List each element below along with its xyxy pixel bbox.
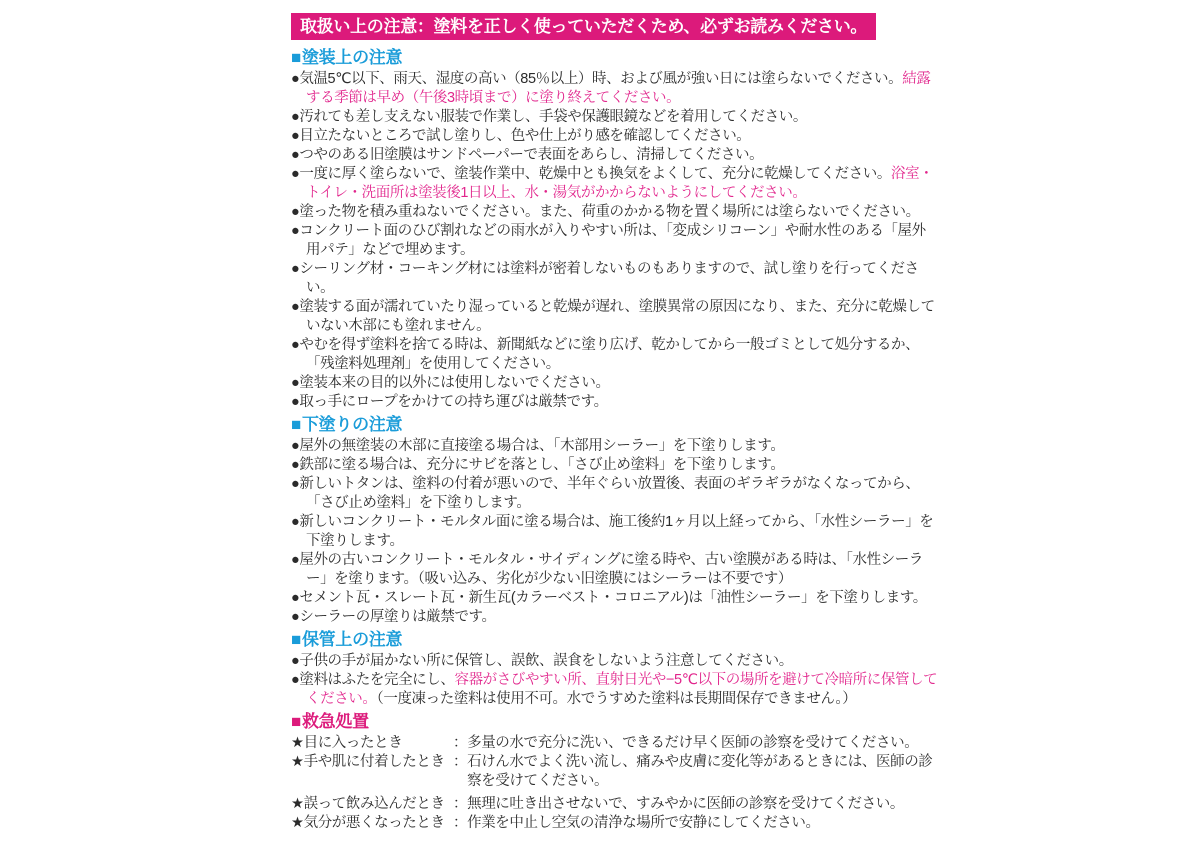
- first-aid-row: ★手や肌に付着したとき ： 石けん水でよく洗い流し、痛みや皮膚に変化等があるとき…: [291, 753, 939, 791]
- bullet-text: 子供の手が届かない所に保管し、誤飲、誤食をしないよう注意してください。: [299, 653, 793, 669]
- bullet-text: 取っ手にロープをかけての持ち運びは厳禁です。: [299, 394, 607, 410]
- list-item: ●塗装本来の目的以外には使用しないでください。: [291, 374, 939, 393]
- list-item: ●気温5℃以下、雨天、湿度の高い（85％以上）時、および風が強い日には塗らないで…: [291, 70, 939, 108]
- colon-separator: ：: [453, 734, 467, 753]
- section-square-icon: ■: [291, 415, 301, 434]
- undercoat-notes-list: ●屋外の無塗装の木部に直接塗る場合は、「木部用シーラー」を下塗りします。 ●鉄部…: [291, 437, 939, 627]
- bullet-text: 塗装本来の目的以外には使用しないでください。: [299, 375, 609, 391]
- list-item: ●塗装する面が濡れていたり湿っていると乾燥が遅れ、塗膜異常の原因になり、また、充…: [291, 298, 939, 336]
- list-item: ●やむを得ず塗料を捨てる時は、新聞紙などに塗り広げ、乾かしてから一般ゴミとして処…: [291, 336, 939, 374]
- list-item: ●鉄部に塗る場合は、充分にサビを落とし、「さび止め塗料」を下塗りします。: [291, 456, 939, 475]
- first-aid-label-text: 目に入ったとき: [304, 735, 403, 751]
- list-item: ●塗った物を積み重ねないでください。また、荷重のかかる物を置く場所には塗らないで…: [291, 203, 939, 222]
- bullet-text: （一度凍った塗料は使用不可。水でうすめた塗料は長期間保存できません。）: [377, 691, 857, 707]
- list-item: ●つやのある旧塗膜はサンドペーパーで表面をあらし、清掃してください。: [291, 146, 939, 165]
- bullet-text: 一度に厚く塗らないで、塗装作業中、乾燥中とも換気をよくして、充分に乾燥してくださ…: [299, 166, 891, 182]
- section-square-icon: ■: [291, 48, 301, 67]
- bullet-text: 汚れても差し支えない服装で作業し、手袋や保護眼鏡などを着用してください。: [299, 109, 807, 125]
- bullet-text: 目立たないところで試し塗りし、色や仕上がり感を確認してください。: [299, 128, 750, 144]
- first-aid-label: ★気分が悪くなったとき: [291, 814, 453, 833]
- star-icon: ★: [291, 754, 304, 770]
- list-item: ●屋外の古いコンクリート・モルタル・サイディングに塗る時や、古い塗膜がある時は、…: [291, 551, 939, 589]
- section-title-storage: ■保管上の注意: [291, 630, 939, 650]
- bullet-text: 塗った物を積み重ねないでください。また、荷重のかかる物を置く場所には塗らないでく…: [299, 204, 919, 220]
- list-item: ●一度に厚く塗らないで、塗装作業中、乾燥中とも換気をよくして、充分に乾燥してくだ…: [291, 165, 939, 203]
- bullet-text: シーリング材・コーキング材には塗料が密着しないものもありますので、試し塗りを行っ…: [299, 261, 918, 296]
- first-aid-desc: 作業を中止し空気の清浄な場所で安静にしてください。: [467, 814, 939, 833]
- list-item: ●汚れても差し支えない服装で作業し、手袋や保護眼鏡などを着用してください。: [291, 108, 939, 127]
- list-item: ●シーリング材・コーキング材には塗料が密着しないものもありますので、試し塗りを行…: [291, 260, 939, 298]
- warning-banner: 取扱い上の注意：塗料を正しく使っていただくため、必ずお読みください。: [291, 13, 876, 40]
- colon-separator: ：: [453, 795, 467, 814]
- content-column: 取扱い上の注意：塗料を正しく使っていただくため、必ずお読みください。 ■塗装上の…: [291, 13, 939, 833]
- section-title-undercoat: ■下塗りの注意: [291, 415, 939, 435]
- section-title-first-aid: ■救急処置: [291, 712, 939, 732]
- bullet-text: 屋外の古いコンクリート・モルタル・サイディングに塗る時や、古い塗膜がある時は、「…: [299, 552, 923, 587]
- section-title-text: 保管上の注意: [302, 630, 402, 649]
- first-aid-label: ★手や肌に付着したとき: [291, 753, 453, 791]
- storage-notes-list: ●子供の手が届かない所に保管し、誤飲、誤食をしないよう注意してください。 ●塗料…: [291, 652, 939, 709]
- first-aid-desc: 無理に吐き出させないで、すみやかに医師の診察を受けてください。: [467, 795, 939, 814]
- section-square-icon: ■: [291, 630, 301, 649]
- first-aid-row: ★気分が悪くなったとき ： 作業を中止し空気の清浄な場所で安静にしてください。: [291, 814, 939, 833]
- bullet-text: やむを得ず塗料を捨てる時は、新聞紙などに塗り広げ、乾かしてから一般ゴミとして処分…: [299, 337, 919, 372]
- first-aid-rows: ★目に入ったとき ： 多量の水で充分に洗い、できるだけ早く医師の診察を受けてくだ…: [291, 734, 939, 833]
- first-aid-row: ★誤って飲み込んだとき ： 無理に吐き出させないで、すみやかに医師の診察を受けて…: [291, 795, 939, 814]
- bullet-text: 新しいトタンは、塗料の付着が悪いので、半年ぐらい放置後、表面のギラギラがなくなっ…: [299, 476, 919, 511]
- list-item: ●子供の手が届かない所に保管し、誤飲、誤食をしないよう注意してください。: [291, 652, 939, 671]
- list-item: ●コンクリート面のひび割れなどの雨水が入りやすい所は、「変成シリコーン」や耐水性…: [291, 222, 939, 260]
- star-icon: ★: [291, 815, 304, 831]
- star-icon: ★: [291, 796, 304, 812]
- bullet-text: シーラーの厚塗りは厳禁です。: [299, 609, 495, 625]
- first-aid-desc: 多量の水で充分に洗い、できるだけ早く医師の診察を受けてください。: [467, 734, 939, 753]
- section-square-icon: ■: [291, 712, 301, 731]
- section-title-text: 下塗りの注意: [302, 415, 402, 434]
- painting-notes-list: ●気温5℃以下、雨天、湿度の高い（85％以上）時、および風が強い日には塗らないで…: [291, 70, 939, 412]
- list-item: ●屋外の無塗装の木部に直接塗る場合は、「木部用シーラー」を下塗りします。: [291, 437, 939, 456]
- first-aid-label-text: 手や肌に付着したとき: [304, 754, 445, 770]
- star-icon: ★: [291, 735, 304, 751]
- section-title-text: 救急処置: [302, 712, 369, 731]
- first-aid-desc: 石けん水でよく洗い流し、痛みや皮膚に変化等があるときには、医師の診察を受けてくだ…: [467, 753, 939, 791]
- bullet-text: コンクリート面のひび割れなどの雨水が入りやすい所は、「変成シリコーン」や耐水性の…: [299, 223, 925, 258]
- section-title-painting: ■塗装上の注意: [291, 48, 939, 68]
- bullet-text: 鉄部に塗る場合は、充分にサビを落とし、「さび止め塗料」を下塗りします。: [299, 457, 784, 473]
- section-title-text: 塗装上の注意: [302, 48, 402, 67]
- bullet-text: つやのある旧塗膜はサンドペーパーで表面をあらし、清掃してください。: [299, 147, 763, 163]
- first-aid-label-text: 気分が悪くなったとき: [304, 815, 445, 831]
- list-item: ●塗料はふたを完全にし、容器がさびやすい所、直射日光や−5℃以下の場所を避けて冷…: [291, 671, 939, 709]
- first-aid-label-text: 誤って飲み込んだとき: [304, 796, 445, 812]
- first-aid-row: ★目に入ったとき ： 多量の水で充分に洗い、できるだけ早く医師の診察を受けてくだ…: [291, 734, 939, 753]
- list-item: ●取っ手にロープをかけての持ち運びは厳禁です。: [291, 393, 939, 412]
- bullet-text: 塗装する面が濡れていたり湿っていると乾燥が遅れ、塗膜異常の原因になり、また、充分…: [299, 299, 934, 334]
- document-page: 取扱い上の注意：塗料を正しく使っていただくため、必ずお読みください。 ■塗装上の…: [0, 0, 1200, 848]
- list-item: ●セメント瓦・スレート瓦・新生瓦(カラーベスト・コロニアル)は「油性シーラー」を…: [291, 589, 939, 608]
- colon-separator: ：: [453, 753, 467, 791]
- colon-separator: ：: [453, 814, 467, 833]
- first-aid-label: ★目に入ったとき: [291, 734, 453, 753]
- bullet-text: 気温5℃以下、雨天、湿度の高い（85％以上）時、および風が強い日には塗らないでく…: [299, 71, 902, 87]
- list-item: ●シーラーの厚塗りは厳禁です。: [291, 608, 939, 627]
- bullet-text: 塗料はふたを完全にし、: [299, 672, 454, 688]
- list-item: ●目立たないところで試し塗りし、色や仕上がり感を確認してください。: [291, 127, 939, 146]
- bullet-text: セメント瓦・スレート瓦・新生瓦(カラーベスト・コロニアル)は「油性シーラー」を下…: [299, 590, 927, 606]
- bullet-text: 新しいコンクリート・モルタル面に塗る場合は、施工後約1ヶ月以上経ってから、「水性…: [299, 514, 933, 549]
- first-aid-label: ★誤って飲み込んだとき: [291, 795, 453, 814]
- list-item: ●新しいコンクリート・モルタル面に塗る場合は、施工後約1ヶ月以上経ってから、「水…: [291, 513, 939, 551]
- list-item: ●新しいトタンは、塗料の付着が悪いので、半年ぐらい放置後、表面のギラギラがなくな…: [291, 475, 939, 513]
- bullet-text: 屋外の無塗装の木部に直接塗る場合は、「木部用シーラー」を下塗りします。: [299, 438, 784, 454]
